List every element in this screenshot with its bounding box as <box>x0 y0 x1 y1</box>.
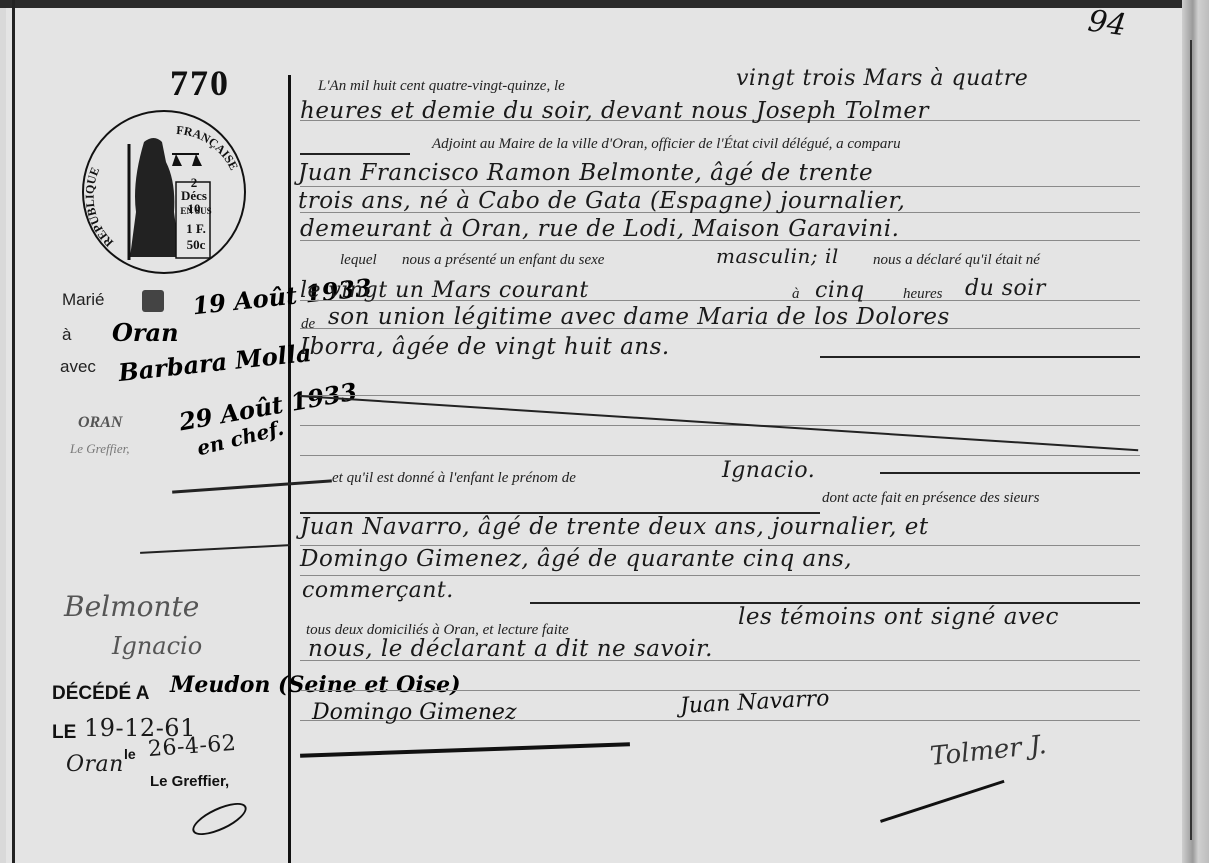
stamp-arc-right: FRANÇAISE <box>176 123 241 172</box>
ruled-line <box>300 153 410 155</box>
body-line17-hand: nous, le déclarant a dit ne savoir. <box>308 636 713 662</box>
marriage-place: Oran <box>112 318 179 347</box>
body-line16-hand: les témoins ont signé avec <box>738 604 1059 630</box>
svg-text:FRANÇAISE: FRANÇAISE <box>176 123 241 172</box>
body-line11-hand: Ignacio. <box>722 458 815 483</box>
avec-label: avec <box>60 357 96 377</box>
ruled-line <box>820 356 1140 358</box>
body-line7-print-c: nous a déclaré qu'il était né <box>873 252 1040 269</box>
le2-label: le <box>124 746 136 762</box>
body-line7-print-a: lequel <box>340 252 377 269</box>
body-line8-hand-a: le vingt un Mars courant <box>300 278 589 303</box>
stamp-en-sus: EN SUS <box>179 207 213 216</box>
body-line6-hand: demeurant à Oran, rue de Lodi, Maison Ga… <box>300 216 899 242</box>
binding-edge <box>1182 0 1209 863</box>
death-place: Meudon (Seine et Oise) <box>170 672 461 698</box>
ruled-line <box>300 575 1140 576</box>
body-line2-hand: heures et demie du soir, devant nous Jos… <box>300 98 929 124</box>
signature-witness-1: Domingo Gimenez <box>312 700 517 725</box>
margin-surname: Belmonte <box>64 590 199 623</box>
le-label: LE <box>52 722 76 744</box>
greffier-label: Le Greffier, <box>70 441 129 457</box>
left-margin-rule <box>12 0 15 863</box>
body-line13-hand: Juan Navarro, âgé de trente deux ans, jo… <box>300 514 929 540</box>
body-line3-print: Adjoint au Maire de la ville d'Oran, off… <box>432 136 901 153</box>
body-line8-hand-c: du soir <box>965 276 1046 301</box>
ruled-line <box>300 395 1140 396</box>
column-divider-rule <box>288 75 291 863</box>
death-record-place: Oran <box>66 752 124 777</box>
body-line9-print: de <box>301 316 315 333</box>
body-line11-print: et qu'il est donné à l'enfant le prénom … <box>332 470 576 487</box>
act-number: 770 <box>170 62 230 104</box>
body-line8-print-b: heures <box>903 286 942 303</box>
body-line9-hand: son union légitime avec dame Maria de lo… <box>328 304 950 330</box>
body-line1-print: L'An mil huit cent quatre-vingt-quinze, … <box>318 78 565 95</box>
body-line14-hand: Domingo Gimenez, âgé de quarante cinq an… <box>300 546 852 572</box>
body-line8-print: à <box>792 286 800 303</box>
ruled-line <box>300 455 1140 456</box>
body-line7-print-b: nous a présenté un enfant du sexe <box>402 252 604 269</box>
scan-top-edge <box>0 0 1209 8</box>
oran-label: ORAN <box>78 414 122 432</box>
ruled-line <box>880 472 1140 474</box>
body-line12-print: dont acte fait en présence des sieurs <box>822 490 1039 507</box>
seal-mark-icon <box>142 290 164 312</box>
marie-label: Marié <box>62 290 105 310</box>
body-line15-hand: commerçant. <box>302 578 454 603</box>
margin-given-name: Ignacio <box>112 632 202 660</box>
fiscal-stamp: REPUBLIQUE FRANÇAISE 2 Décs 10 EN SUS 1 … <box>82 110 246 274</box>
decede-label: DÉCÉDÉ A <box>52 683 149 705</box>
folio-number: 94 <box>1086 4 1129 44</box>
ruled-line <box>300 425 1140 426</box>
body-line1-hand: vingt trois Mars à quatre <box>736 66 1028 91</box>
marianne-figure-icon: REPUBLIQUE FRANÇAISE <box>84 112 244 272</box>
stamp-arc-left: REPUBLIQUE <box>84 165 116 250</box>
body-line10-hand: Iborra, âgée de vingt huit ans. <box>300 334 670 360</box>
stamp-value-f: 1 F. <box>179 222 213 235</box>
ruled-line <box>300 186 1140 187</box>
stamp-value-c: 50c <box>179 238 213 251</box>
body-line8-hand-b: cinq <box>815 278 865 303</box>
svg-text:REPUBLIQUE: REPUBLIQUE <box>84 165 116 250</box>
body-line4-hand: Juan Francisco Ramon Belmonte, âgé de tr… <box>298 160 873 186</box>
body-line7-hand: masculin; il <box>716 244 839 268</box>
body-line5-hand: trois ans, né à Cabo de Gata (Espagne) j… <box>298 188 905 214</box>
a-label: à <box>62 325 71 345</box>
death-greffier-label: Le Greffier, <box>150 773 229 790</box>
